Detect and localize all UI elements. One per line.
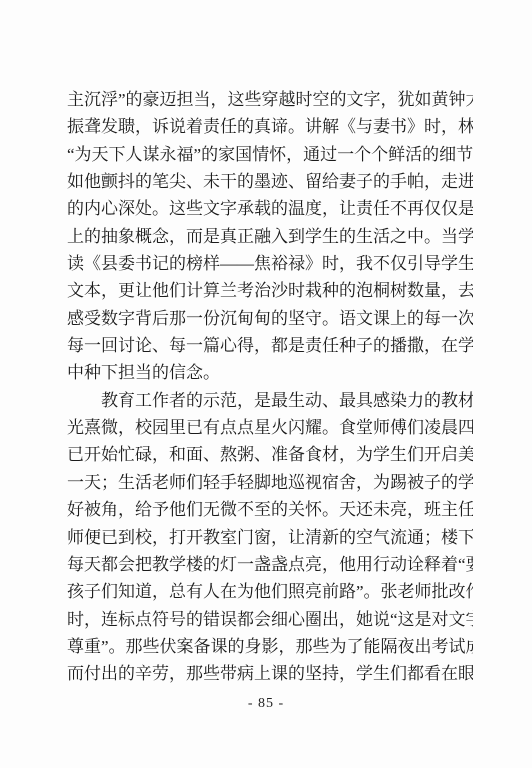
text-line: 中种下担当的信念。 (67, 359, 473, 386)
text-line: 每天都会把教学楼的灯一盏盏点亮，他用行动诠释着“要让 (67, 551, 473, 578)
page-number: - 85 - (0, 696, 532, 712)
text-line: 而付出的辛劳，那些带病上课的坚持，学生们都看在眼里， (67, 660, 473, 687)
paragraph: 教育工作者的示范，是最生动、最具感染力的教材。晨光熹微，校园里已有点点星火闪耀。… (67, 387, 473, 688)
text-line: “为天下人谋永福”的家国情怀，通过一个个鲜活的细节， (67, 141, 473, 168)
document-page: 主沉浮”的豪迈担当，这些穿越时空的文字，犹如黄钟大吕，振聋发聩，诉说着责任的真谛… (0, 0, 532, 768)
text-line: 教育工作者的示范，是最生动、最具感染力的教材。晨 (67, 387, 473, 414)
text-line: 上的抽象概念，而是真正融入到学生的生活之中。当学生阅 (67, 223, 473, 250)
text-line: 振聋发聩，诉说着责任的真谛。讲解《与妻书》时，林觉民 (67, 113, 473, 140)
text-line: 孩子们知道，总有人在为他们照亮前路”。张老师批改作文 (67, 578, 473, 605)
text-line: 主沉浮”的豪迈担当，这些穿越时空的文字，犹如黄钟大吕， (67, 86, 473, 113)
text-line: 师便已到校，打开教室门窗，让清新的空气流通；楼下师傅 (67, 524, 473, 551)
paragraph: 主沉浮”的豪迈担当，这些穿越时空的文字，犹如黄钟大吕，振聋发聩，诉说着责任的真谛… (67, 86, 473, 387)
text-block: 主沉浮”的豪迈担当，这些穿越时空的文字，犹如黄钟大吕，振聋发聩，诉说着责任的真谛… (67, 86, 473, 688)
text-line: 已开始忙碌，和面、熬粥、准备食材，为学生们开启美好的 (67, 441, 473, 468)
text-line: 读《县委书记的榜样——焦裕禄》时，我不仅引导学生剖析 (67, 250, 473, 277)
text-line: 的内心深处。这些文字承载的温度，让责任不再仅仅是书本 (67, 195, 473, 222)
text-line: 光熹微，校园里已有点点星火闪耀。食堂师傅们凌晨四点就 (67, 414, 473, 441)
text-line: 一天；生活老师们轻手轻脚地巡视宿舍，为踢被子的学生掖 (67, 469, 473, 496)
text-line: 如他颤抖的笔尖、未干的墨迹、留给妻子的手帕，走进学生 (67, 168, 473, 195)
text-line: 尊重”。那些伏案备课的身影，那些为了能隔夜出考试成绩 (67, 633, 473, 660)
text-line: 每一回讨论、每一篇心得，都是责任种子的播撒，在学生心 (67, 332, 473, 359)
text-line: 感受数字背后那一份沉甸甸的坚守。语文课上的每一次朗读、 (67, 305, 473, 332)
text-line: 好被角，给予他们无微不至的关怀。天还未亮，班主任江老 (67, 496, 473, 523)
text-line: 文本，更让他们计算兰考治沙时栽种的泡桐树数量，去真切 (67, 277, 473, 304)
text-line: 时，连标点符号的错误都会细心圈出，她说“这是对文字的 (67, 606, 473, 633)
